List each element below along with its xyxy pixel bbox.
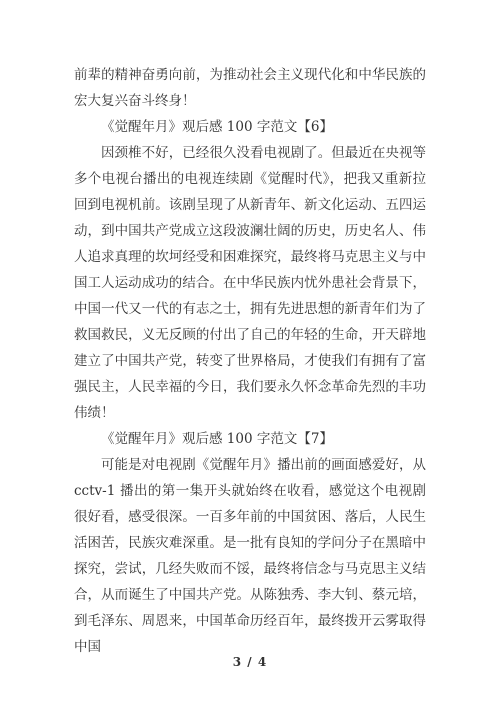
- section-heading: 《觉醒年月》观后感 100 字范文【7】: [74, 426, 426, 452]
- document-content: 前辈的精神奋勇向前，为推动社会主义现代化和中华民族的宏大复兴奋斗终身！《觉醒年月…: [74, 62, 426, 660]
- section-heading: 《觉醒年月》观后感 100 字范文【6】: [74, 114, 426, 140]
- paragraph: 可能是对电视剧《觉醒年月》播出前的画面感爱好，从 cctv-1 播出的第一集开头…: [74, 452, 426, 660]
- paragraph: 因颈椎不好，已经很久没看电视剧了。但最近在央视等多个电视台播出的电视连续剧《觉醒…: [74, 140, 426, 426]
- paragraph: 前辈的精神奋勇向前，为推动社会主义现代化和中华民族的宏大复兴奋斗终身！: [74, 62, 426, 114]
- document-page: 前辈的精神奋勇向前，为推动社会主义现代化和中华民族的宏大复兴奋斗终身！《觉醒年月…: [0, 0, 500, 707]
- page-number: 3 / 4: [0, 655, 500, 669]
